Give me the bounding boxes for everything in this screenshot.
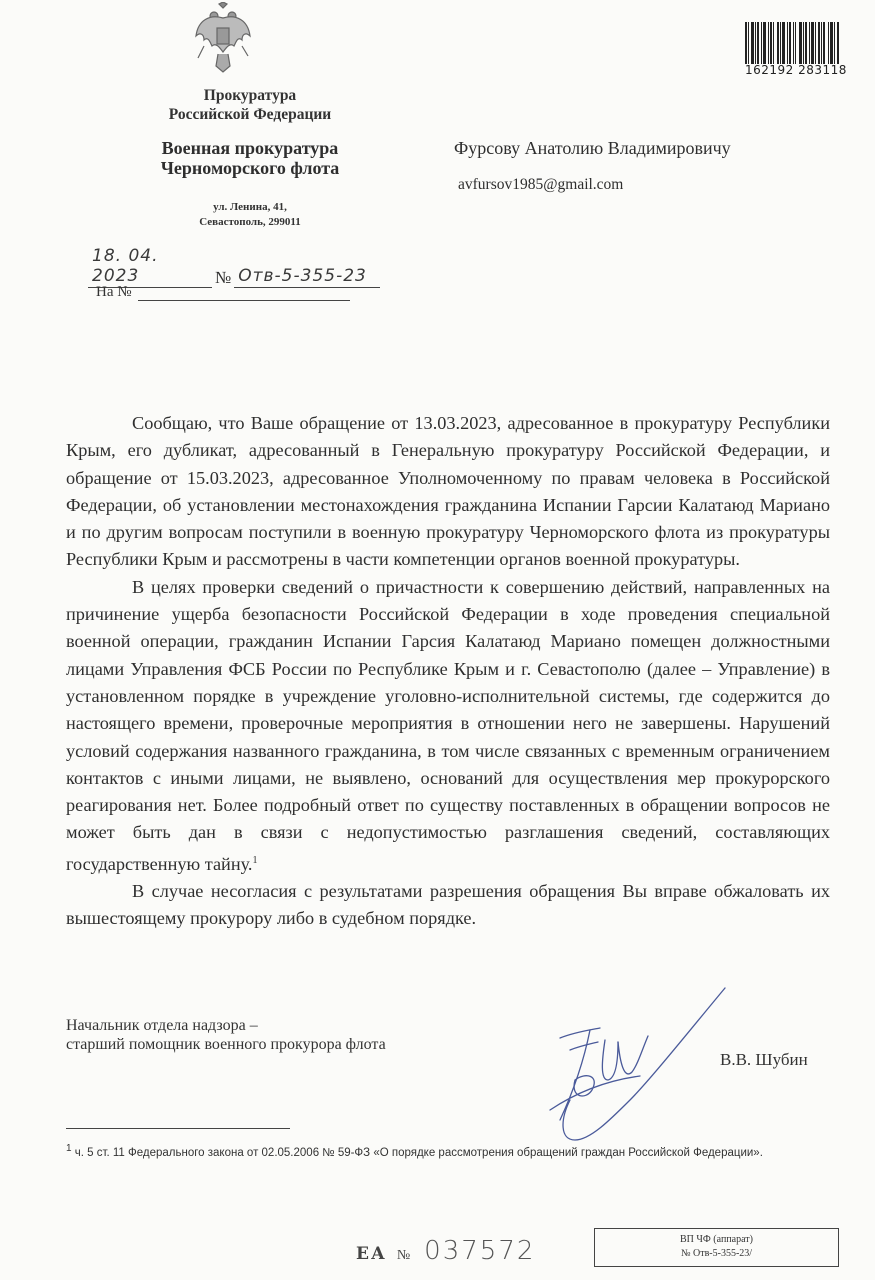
- address: ул. Ленина, 41, Севастополь, 299011: [100, 200, 400, 230]
- footnote-reference: 1: [253, 855, 258, 866]
- position-line-2: старший помощник военного прокурора флот…: [66, 1035, 386, 1054]
- recipient-email: avfursov1985@gmail.com: [458, 176, 623, 194]
- org-line-1: Прокуратура: [100, 86, 400, 105]
- registration-line: 18. 04. 2023 № Отв-5-355-23: [88, 246, 380, 288]
- letter-body: Сообщаю, что Ваше обращение от 13.03.202…: [66, 410, 830, 933]
- recipient-name: Фурсову Анатолию Владимировичу: [454, 138, 731, 159]
- stamp-line-1: ВП ЧФ (аппарат): [595, 1233, 838, 1247]
- organization-name: Прокуратура Российской Федерации: [100, 86, 400, 124]
- series-number: 037572: [424, 1236, 535, 1266]
- signatory-position: Начальник отдела надзора – старший помощ…: [66, 1016, 386, 1054]
- in-reply-line: На №: [96, 284, 350, 301]
- footnote-divider: [66, 1128, 290, 1129]
- address-line-1: ул. Ленина, 41,: [100, 200, 400, 215]
- russian-coat-of-arms-icon: [190, 2, 256, 74]
- paragraph-3: В случае несогласия с результатами разре…: [66, 878, 830, 933]
- outgoing-stamp-box: ВП ЧФ (аппарат) № Отв-5-355-23/: [594, 1228, 839, 1267]
- series-label: ЕА: [356, 1244, 387, 1264]
- registration-date: 18. 04. 2023: [88, 246, 212, 288]
- handwritten-signature-icon: [520, 980, 740, 1150]
- dept-line-2: Черноморского флота: [100, 158, 400, 178]
- paragraph-2-text: В целях проверки сведений о причастности…: [66, 577, 830, 874]
- org-line-2: Российской Федерации: [100, 105, 400, 124]
- paragraph-1: Сообщаю, что Ваше обращение от 13.03.202…: [66, 410, 830, 574]
- position-line-1: Начальник отдела надзора –: [66, 1016, 386, 1035]
- in-reply-label: На №: [96, 284, 132, 301]
- barcode-number: 162192 283118: [745, 63, 867, 77]
- department-name: Военная прокуратура Черноморского флота: [100, 138, 400, 178]
- address-line-2: Севастополь, 299011: [100, 215, 400, 230]
- signatory-name: В.В. Шубин: [720, 1050, 808, 1070]
- form-series: ЕА № 037572: [356, 1236, 535, 1266]
- stamp-line-2: № Отв-5-355-23/: [595, 1247, 838, 1261]
- footnote-text: ч. 5 ст. 11 Федерального закона от 02.05…: [72, 1147, 763, 1159]
- barcode: [745, 22, 863, 64]
- dept-line-1: Военная прокуратура: [100, 138, 400, 158]
- in-reply-blank: [138, 286, 350, 301]
- series-number-sign: №: [397, 1248, 410, 1264]
- footnote: 1 ч. 5 ст. 11 Федерального закона от 02.…: [66, 1138, 841, 1164]
- paragraph-2: В целях проверки сведений о причастности…: [66, 574, 830, 878]
